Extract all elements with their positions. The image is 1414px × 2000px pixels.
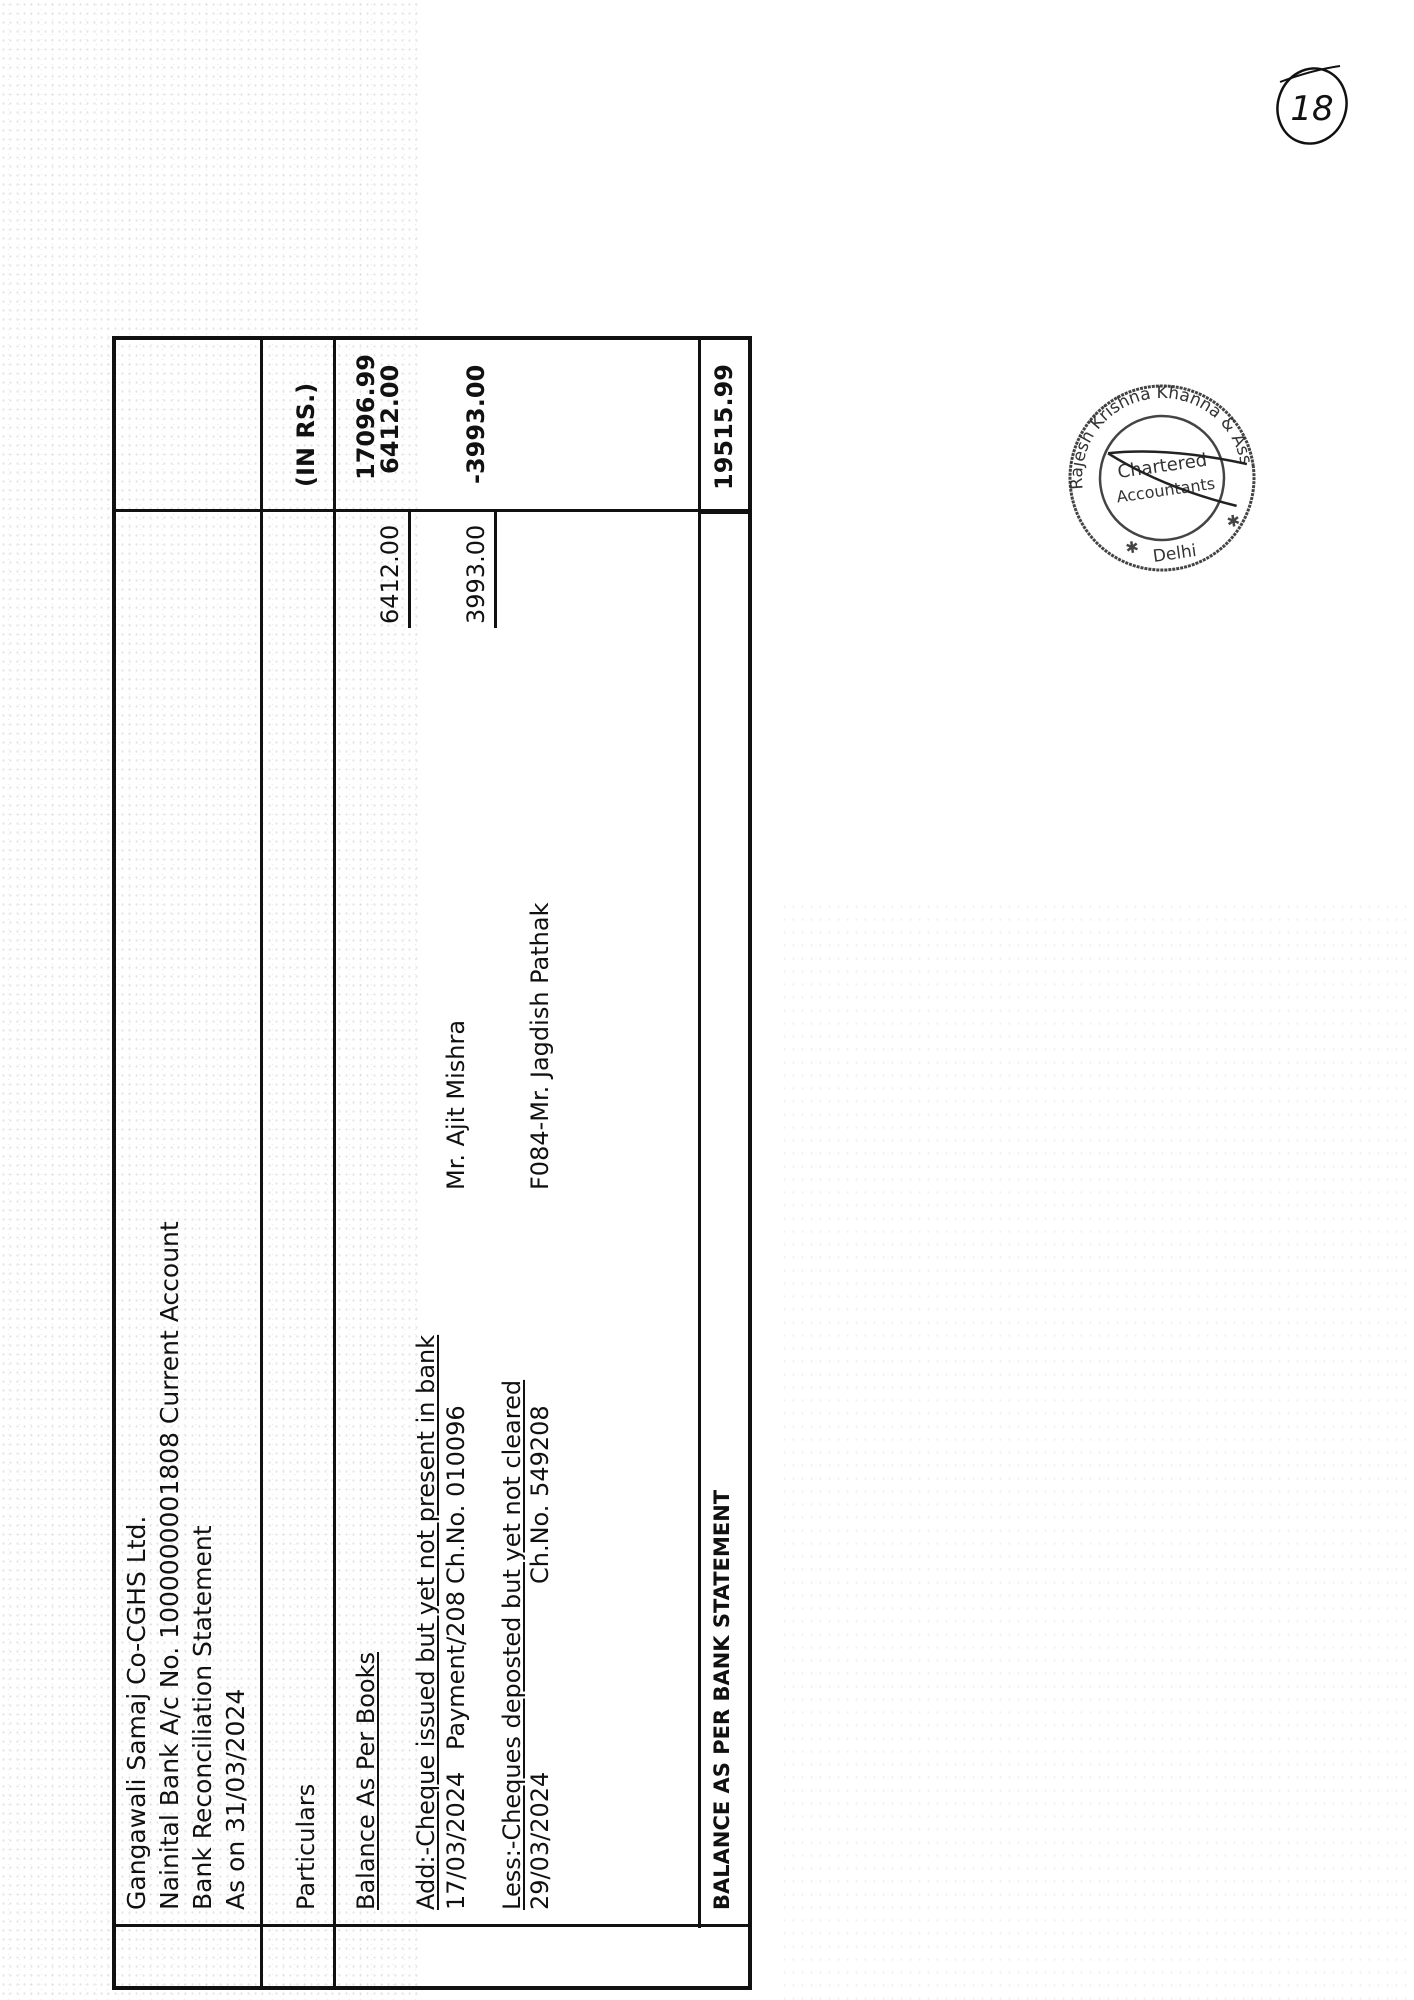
- balance-bank-label: BALANCE AS PER BANK STATEMENT: [712, 1490, 733, 1910]
- svg-text:Delhi: Delhi: [1152, 541, 1198, 567]
- less-section-total: -3993.00: [464, 365, 488, 484]
- less-entry-amount: 3993.00: [464, 525, 488, 624]
- statement-date: As on 31/03/2024: [219, 1221, 252, 1910]
- balance-books-label: Balance As Per Books: [354, 1652, 378, 1910]
- statement-header: Gangawali Samaj Co-CGHS Ltd. Nainital Ba…: [120, 1221, 252, 1910]
- chartered-accountant-stamp: Rajesh Krishna Khanna & Associates Chart…: [1038, 354, 1286, 602]
- balance-books-amount: 17096.99: [354, 354, 378, 480]
- statement-title: Bank Reconciliation Statement: [186, 1221, 219, 1910]
- svg-text:✱: ✱: [1225, 511, 1241, 532]
- scan-noise: [780, 900, 1414, 2000]
- page-number-annotation: 18: [1262, 60, 1362, 150]
- less-entry-cheque: Ch.No. 549208: [528, 1405, 552, 1584]
- account-line: Nainital Bank A/c No. 1000000001808 Curr…: [153, 1221, 186, 1910]
- add-entry-amount: 6412.00: [378, 525, 402, 624]
- balance-bank-amount: 19515.99: [712, 364, 736, 490]
- reconciliation-table: Gangawali Samaj Co-CGHS Ltd. Nainital Ba…: [112, 336, 752, 1990]
- less-entry-date: 29/03/2024: [528, 1772, 552, 1910]
- currency-header: (IN RS.): [294, 383, 318, 487]
- less-entry-party: F084-Mr. Jagdish Pathak: [528, 903, 552, 1191]
- add-entry-cheque: Ch.No. 010096: [444, 1405, 468, 1584]
- svg-text:18: 18: [1290, 89, 1333, 129]
- particulars-header: Particulars: [294, 1784, 318, 1910]
- svg-text:✱: ✱: [1124, 537, 1140, 558]
- less-section-heading: Less:-Cheques deposted but yet not clear…: [500, 1380, 524, 1910]
- add-section-total: 6412.00: [378, 365, 402, 474]
- add-entry-party: Mr. Ajit Mishra: [444, 1020, 468, 1190]
- add-entry-voucher: Payment/208: [444, 1591, 468, 1750]
- company-name: Gangawali Samaj Co-CGHS Ltd.: [120, 1221, 153, 1910]
- add-section-heading: Add:-Cheque issued but yet not present i…: [414, 1335, 438, 1910]
- add-entry-date: 17/03/2024: [444, 1772, 468, 1910]
